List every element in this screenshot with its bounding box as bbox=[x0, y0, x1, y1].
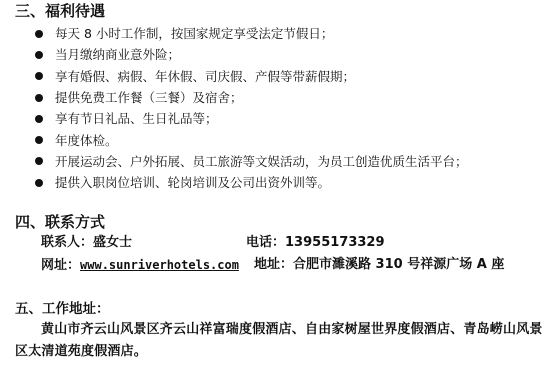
bullet-icon bbox=[35, 94, 43, 102]
list-item-text: 开展运动会、户外拓展、员工旅游等文娱活动，为员工创造优质生活平台； bbox=[55, 151, 468, 172]
work-location-paragraph: 黄山市齐云山风景区齐云山祥富瑞度假酒店、自由家树屋世界度假酒店、青岛崂山风景区太… bbox=[15, 319, 550, 363]
contact-phone: 电话：13955173329 bbox=[246, 234, 385, 252]
contact-person: 联系人：盛女士 bbox=[41, 234, 132, 252]
welfare-list: 每天 8 小时工作制，按国家规定享受法定节假日； 当月缴纳商业意外险； 享有婚假… bbox=[34, 23, 468, 193]
website-label: 网址： bbox=[41, 258, 80, 273]
contact-address: 地址：合肥市濉溪路 310 号祥源广场 A 座 bbox=[254, 256, 504, 274]
address-value: 合肥市濉溪路 310 号祥源广场 A 座 bbox=[293, 257, 504, 272]
list-item-text: 享有婚假、病假、年休假、司庆假、产假等带薪假期； bbox=[55, 66, 355, 87]
bullet-icon bbox=[35, 30, 43, 38]
contact-person-value: 盛女士 bbox=[93, 235, 132, 250]
section-location-title: 五、工作地址： bbox=[15, 300, 110, 318]
list-item-text: 年度体检。 bbox=[55, 130, 118, 151]
list-item: 年度体检。 bbox=[34, 129, 468, 150]
list-item-text: 提供入职岗位培训、轮岗培训及公司出资外训等。 bbox=[55, 172, 330, 193]
bullet-icon bbox=[35, 136, 43, 144]
list-item: 享有节日礼品、生日礼品等； bbox=[34, 108, 468, 129]
bullet-icon bbox=[35, 72, 43, 80]
list-item: 开展运动会、户外拓展、员工旅游等文娱活动，为员工创造优质生活平台； bbox=[34, 151, 468, 172]
phone-label: 电话： bbox=[246, 235, 285, 250]
bullet-icon bbox=[35, 157, 43, 165]
list-item: 提供免费工作餐（三餐）及宿舍； bbox=[34, 87, 468, 108]
list-item-text: 每天 8 小时工作制，按国家规定享受法定节假日； bbox=[55, 23, 333, 44]
bullet-icon bbox=[35, 51, 43, 59]
contact-website: 网址：www.sunriverhotels.com bbox=[41, 256, 239, 275]
list-item: 当月缴纳商业意外险； bbox=[34, 44, 468, 65]
bullet-icon bbox=[35, 115, 43, 123]
bullet-icon bbox=[35, 179, 43, 187]
list-item: 每天 8 小时工作制，按国家规定享受法定节假日； bbox=[34, 23, 468, 44]
list-item-text: 当月缴纳商业意外险； bbox=[55, 44, 180, 65]
list-item-text: 提供免费工作餐（三餐）及宿舍； bbox=[55, 87, 243, 108]
section-contact-title: 四、联系方式 bbox=[15, 213, 105, 231]
list-item: 提供入职岗位培训、轮岗培训及公司出资外训等。 bbox=[34, 172, 468, 193]
list-item: 享有婚假、病假、年休假、司庆假、产假等带薪假期； bbox=[34, 66, 468, 87]
contact-person-label: 联系人： bbox=[41, 235, 93, 250]
list-item-text: 享有节日礼品、生日礼品等； bbox=[55, 108, 218, 129]
address-label: 地址： bbox=[254, 257, 293, 272]
phone-value: 13955173329 bbox=[285, 235, 385, 250]
section-welfare-title: 三、福利待遇 bbox=[15, 2, 105, 20]
website-link[interactable]: www.sunriverhotels.com bbox=[80, 258, 239, 272]
